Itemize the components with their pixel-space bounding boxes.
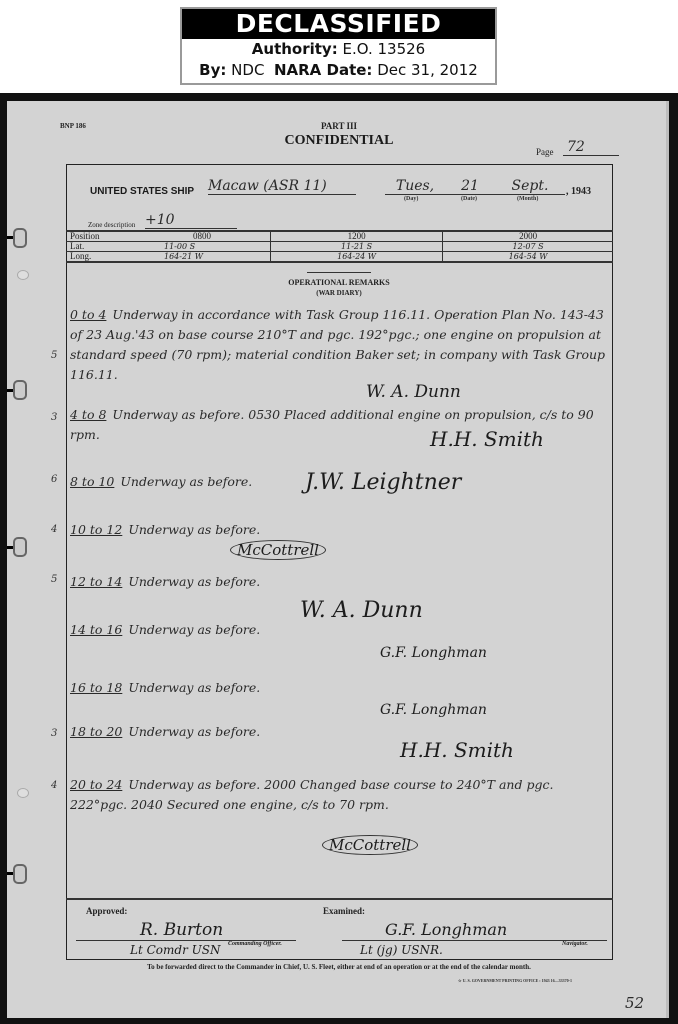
entry-text: Underway as before. — [120, 474, 252, 489]
watch-time: 16 to 18 — [70, 680, 122, 695]
log-entry: 12 to 14Underway as before. — [70, 572, 610, 592]
long-0800: 164-21 W — [134, 252, 271, 263]
log-entry: 20 to 24Underway as before. 2000 Changed… — [70, 775, 610, 815]
date-value: 21 — [445, 178, 495, 195]
authority-label: Authority: — [252, 40, 338, 58]
date-caption: (Date) — [461, 196, 477, 202]
divider — [66, 898, 613, 900]
day-value: Tues, — [385, 178, 445, 195]
authority-value: E.O. 13526 — [343, 40, 426, 58]
log-entry: 0 to 4Underway in accordance with Task G… — [70, 305, 610, 385]
entry-text: Underway as before. — [128, 724, 260, 739]
log-entry: 14 to 16Underway as before. — [70, 620, 610, 640]
margin-note: 5 — [51, 574, 57, 585]
margin-note: 3 — [51, 728, 57, 739]
signature: W. A. Dunn — [366, 382, 461, 402]
entry-text: Underway as before. — [128, 574, 260, 589]
ship-label: UNITED STATES SHIP — [90, 186, 194, 197]
entry-text: Underway as before. — [128, 522, 260, 537]
stamp-title: DECLASSIFIED — [182, 9, 495, 39]
zone-value: +10 — [145, 212, 237, 229]
position-header: Position — [66, 231, 134, 242]
declassified-stamp: DECLASSIFIED Authority: E.O. 13526 By: N… — [180, 7, 497, 85]
signature: McCottrell — [322, 835, 418, 855]
lat-1200: 11-21 S — [271, 242, 443, 252]
by-label: By: — [199, 61, 226, 79]
watch-time: 8 to 10 — [70, 474, 114, 489]
punch-hole-icon — [17, 788, 29, 798]
page-number: 72 — [563, 139, 619, 156]
nara-date-value: Dec 31, 2012 — [377, 61, 478, 79]
margin-note: 4 — [51, 524, 57, 535]
examined-signature: G.F. Longhman — [385, 920, 507, 939]
margin-note: 5 — [51, 350, 57, 361]
time-header-1200: 1200 — [271, 231, 443, 242]
margin-note: 6 — [51, 474, 57, 485]
signature: J.W. Leightner — [305, 470, 461, 495]
day-caption: (Day) — [404, 196, 418, 202]
watch-time: 10 to 12 — [70, 522, 122, 537]
approved-label: Approved: — [86, 906, 127, 916]
approved-signature: R. Burton — [140, 920, 223, 940]
signature: H.H. Smith — [400, 738, 514, 762]
entry-text: Underway as before. — [128, 622, 260, 637]
time-header-0800: 0800 — [134, 231, 271, 242]
part-heading: PART III — [0, 121, 678, 131]
examined-rank: Lt (jg) USNR. — [360, 943, 443, 957]
forwarding-note: To be forwarded direct to the Commander … — [0, 963, 678, 971]
divider — [307, 272, 371, 273]
binder-ring-icon — [13, 537, 27, 557]
watch-time: 20 to 24 — [70, 777, 122, 792]
log-entry: 10 to 12Underway as before. — [70, 520, 610, 540]
watch-time: 12 to 14 — [70, 574, 122, 589]
row-label: Lat. — [66, 242, 134, 252]
zone-label: Zone description — [88, 221, 135, 229]
page-label: Page — [536, 147, 554, 157]
ship-name: Macaw (ASR 11) — [208, 178, 356, 195]
binder-ring-icon — [13, 380, 27, 400]
table-row: Lat. 11-00 S 11-21 S 12-07 S — [66, 242, 613, 252]
table-header-row: Position 0800 1200 2000 — [66, 231, 613, 242]
remarks-title: OPERATIONAL REMARKS — [0, 278, 678, 287]
margin-note: 3 — [51, 412, 57, 423]
nara-date-label: NARA Date: — [274, 61, 372, 79]
signature: McCottrell — [230, 540, 326, 560]
long-2000: 164-54 W — [443, 252, 613, 263]
lat-2000: 12-07 S — [443, 242, 613, 252]
stamp-authority: Authority: E.O. 13526 — [182, 39, 495, 60]
examined-label: Examined: — [323, 906, 365, 916]
month-caption: (Month) — [517, 196, 538, 202]
archive-page-number: 52 — [625, 994, 644, 1012]
signature: G.F. Longhman — [380, 645, 487, 661]
log-entry: 18 to 20Underway as before. — [70, 722, 610, 742]
watch-time: 14 to 16 — [70, 622, 122, 637]
margin-note: 4 — [51, 780, 57, 791]
long-1200: 164-24 W — [271, 252, 443, 263]
binder-ring-icon — [13, 864, 27, 884]
nav-caption: Navigator. — [562, 941, 588, 947]
watch-time: 4 to 8 — [70, 407, 106, 422]
position-table: Position 0800 1200 2000 Lat. 11-00 S 11-… — [66, 230, 613, 263]
by-value: NDC — [231, 61, 264, 79]
remarks-subtitle: (WAR DIARY) — [0, 289, 678, 297]
year-value: , 1943 — [566, 186, 591, 197]
approved-rank: Lt Comdr USN — [130, 943, 220, 957]
lat-0800: 11-00 S — [134, 242, 271, 252]
watch-time: 0 to 4 — [70, 307, 106, 322]
co-caption: Commanding Officer. — [228, 941, 282, 947]
entry-text: Underway as before. — [128, 680, 260, 695]
log-entry: 16 to 18Underway as before. — [70, 678, 610, 698]
signature: G.F. Longhman — [380, 702, 487, 718]
time-header-2000: 2000 — [443, 231, 613, 242]
table-row: Long. 164-21 W 164-24 W 164-54 W — [66, 252, 613, 263]
entry-text: Underway in accordance with Task Group 1… — [70, 307, 605, 382]
watch-time: 18 to 20 — [70, 724, 122, 739]
month-value: Sept. — [495, 178, 565, 195]
stamp-by-line: By: NDC NARA Date: Dec 31, 2012 — [182, 60, 495, 81]
signature: H.H. Smith — [430, 427, 544, 451]
printing-office-note: ☆ U. S. GOVERNMENT PRINTING OFFICE : 194… — [458, 978, 572, 983]
binder-ring-icon — [13, 228, 27, 248]
entry-text: Underway as before. 2000 Changed base co… — [70, 777, 553, 812]
row-label: Long. — [66, 252, 134, 263]
